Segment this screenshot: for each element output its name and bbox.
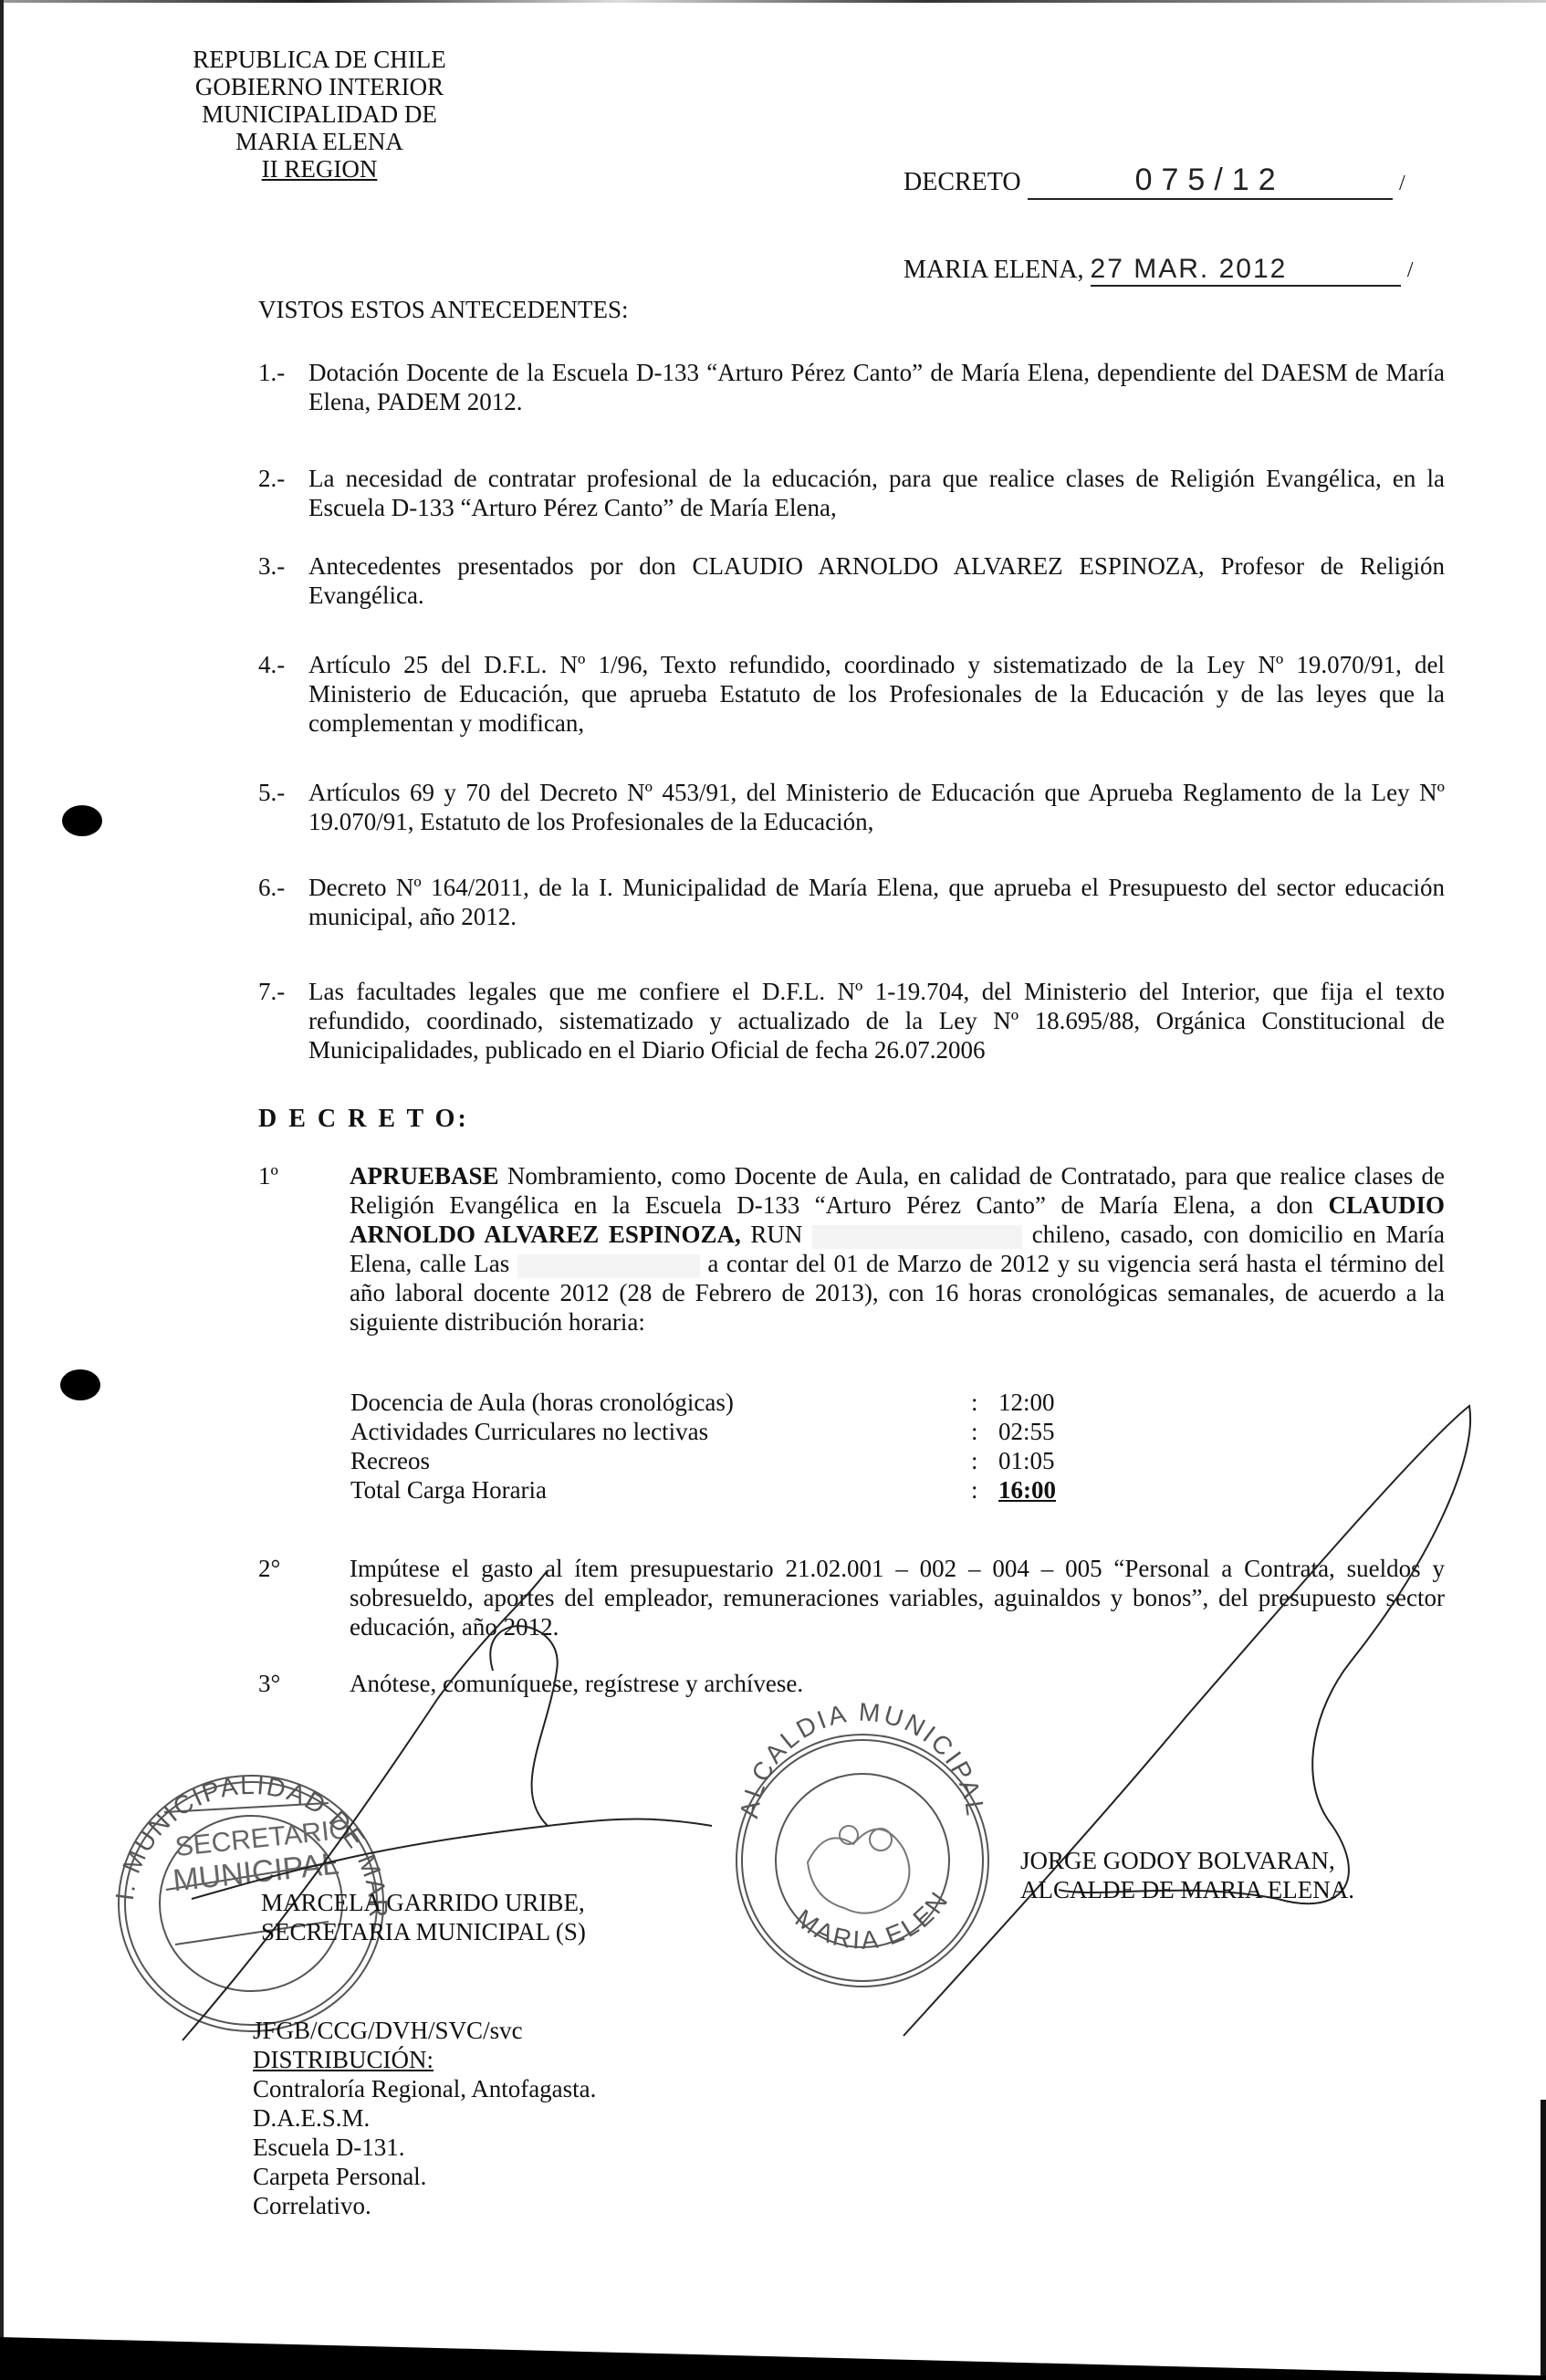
decree-number-stamp: 075/12 <box>1135 163 1285 197</box>
decree-label: DECRETO <box>904 168 1021 196</box>
hours-row: Docencia de Aula (horas cronológicas) : … <box>350 1388 1056 1417</box>
header-line: MARIA ELENA <box>137 128 502 155</box>
decree-number-line: DECRETO 075/12 / <box>904 163 1393 200</box>
secretary-signature-block: MARCELA GARRIDO URIBE, SECRETARIA MUNICI… <box>261 1888 586 1946</box>
scan-edge-right <box>1541 2100 1546 2380</box>
resolution-2: 2° Impútese el gasto al ítem presupuesta… <box>258 1554 1445 1641</box>
approve-keyword: APRUEBASE <box>350 1162 499 1190</box>
scan-edge-left <box>0 0 4 2380</box>
antecedent-item: 4.- Artículo 25 del D.F.L. Nº 1/96, Text… <box>258 650 1445 738</box>
punch-hole-icon <box>62 805 102 836</box>
scan-edge-bottom <box>0 2337 1546 2380</box>
header-region: II REGION <box>137 155 502 183</box>
hours-distribution: Docencia de Aula (horas cronológicas) : … <box>350 1388 1056 1505</box>
hours-row: Recreos : 01:05 <box>350 1446 1056 1475</box>
antecedent-item: 1.- Dotación Docente de la Escuela D-133… <box>258 358 1445 416</box>
distribution-item: Carpeta Personal. <box>253 2162 596 2191</box>
mayor-signature-block: JORGE GODOY BOLVARAN, ALCALDE DE MARIA E… <box>1020 1846 1354 1904</box>
resolution-1: 1º APRUEBASE Nombramiento, como Docente … <box>258 1161 1445 1337</box>
scan-edge-top <box>0 0 1546 3</box>
distribution-item: Contraloría Regional, Antofagasta. <box>253 2074 596 2103</box>
distribution-item: D.A.E.S.M. <box>253 2103 596 2133</box>
antecedent-item: 5.- Artículos 69 y 70 del Decreto Nº 453… <box>258 778 1445 836</box>
secretary-name: MARCELA GARRIDO URIBE, <box>261 1888 586 1917</box>
antecedent-item: 2.- La necesidad de contratar profesiona… <box>258 464 1445 522</box>
hours-total-row: Total Carga Horaria : 16:00 <box>350 1475 1056 1505</box>
header-line: GOBIERNO INTERIOR <box>137 73 502 100</box>
mayor-seal-ring-top: ALCALDIA MUNICIPAL <box>735 1697 990 1819</box>
resolution-3: 3° Anótese, comuníquese, regístrese y ar… <box>258 1669 1445 1698</box>
issuer-header: REPUBLICA DE CHILE GOBIERNO INTERIOR MUN… <box>137 46 502 183</box>
redacted-run <box>812 1225 1022 1249</box>
redacted-address <box>517 1254 700 1278</box>
svg-text:ALCALDIA MUNICIPAL: ALCALDIA MUNICIPAL <box>735 1697 990 1819</box>
secretary-seal-line1: SECRETARIO <box>173 1814 351 1862</box>
header-line: MUNICIPALIDAD DE <box>137 100 502 128</box>
secretary-title: SECRETARIA MUNICIPAL (S) <box>261 1917 586 1946</box>
decree-date-line: MARIA ELENA, 27 MAR. 2012 / <box>904 254 1401 287</box>
distribution-block: JFGB/CCG/DVH/SVC/svc DISTRIBUCIÓN: Contr… <box>253 2016 596 2220</box>
place-label: MARIA ELENA, <box>904 256 1084 284</box>
header-line: REPUBLICA DE CHILE <box>137 46 502 73</box>
decreto-heading: D E C R E T O: <box>258 1105 469 1134</box>
date-stamp: 27 MAR. 2012 <box>1091 254 1288 284</box>
antecedent-item: 6.- Decreto Nº 164/2011, de la I. Munici… <box>258 873 1445 931</box>
antecedent-item: 7.- Las facultades legales que me confie… <box>258 977 1445 1064</box>
punch-hole-icon <box>60 1369 100 1400</box>
mayor-seal-icon <box>736 1735 988 1987</box>
hours-row: Actividades Curriculares no lectivas : 0… <box>350 1417 1056 1446</box>
distribution-item: Correlativo. <box>253 2191 596 2220</box>
mayor-title: ALCALDE DE MARIA ELENA. <box>1020 1875 1354 1904</box>
vistos-heading: VISTOS ESTOS ANTECEDENTES: <box>258 295 629 324</box>
distribution-item: Escuela D-131. <box>253 2133 596 2162</box>
antecedent-item: 3.- Antecedentes presentados por don CLA… <box>258 551 1445 610</box>
distribution-heading: DISTRIBUCIÓN: <box>253 2045 596 2074</box>
mayor-name: JORGE GODOY BOLVARAN, <box>1020 1846 1354 1875</box>
reference-initials: JFGB/CCG/DVH/SVC/svc <box>253 2016 596 2045</box>
